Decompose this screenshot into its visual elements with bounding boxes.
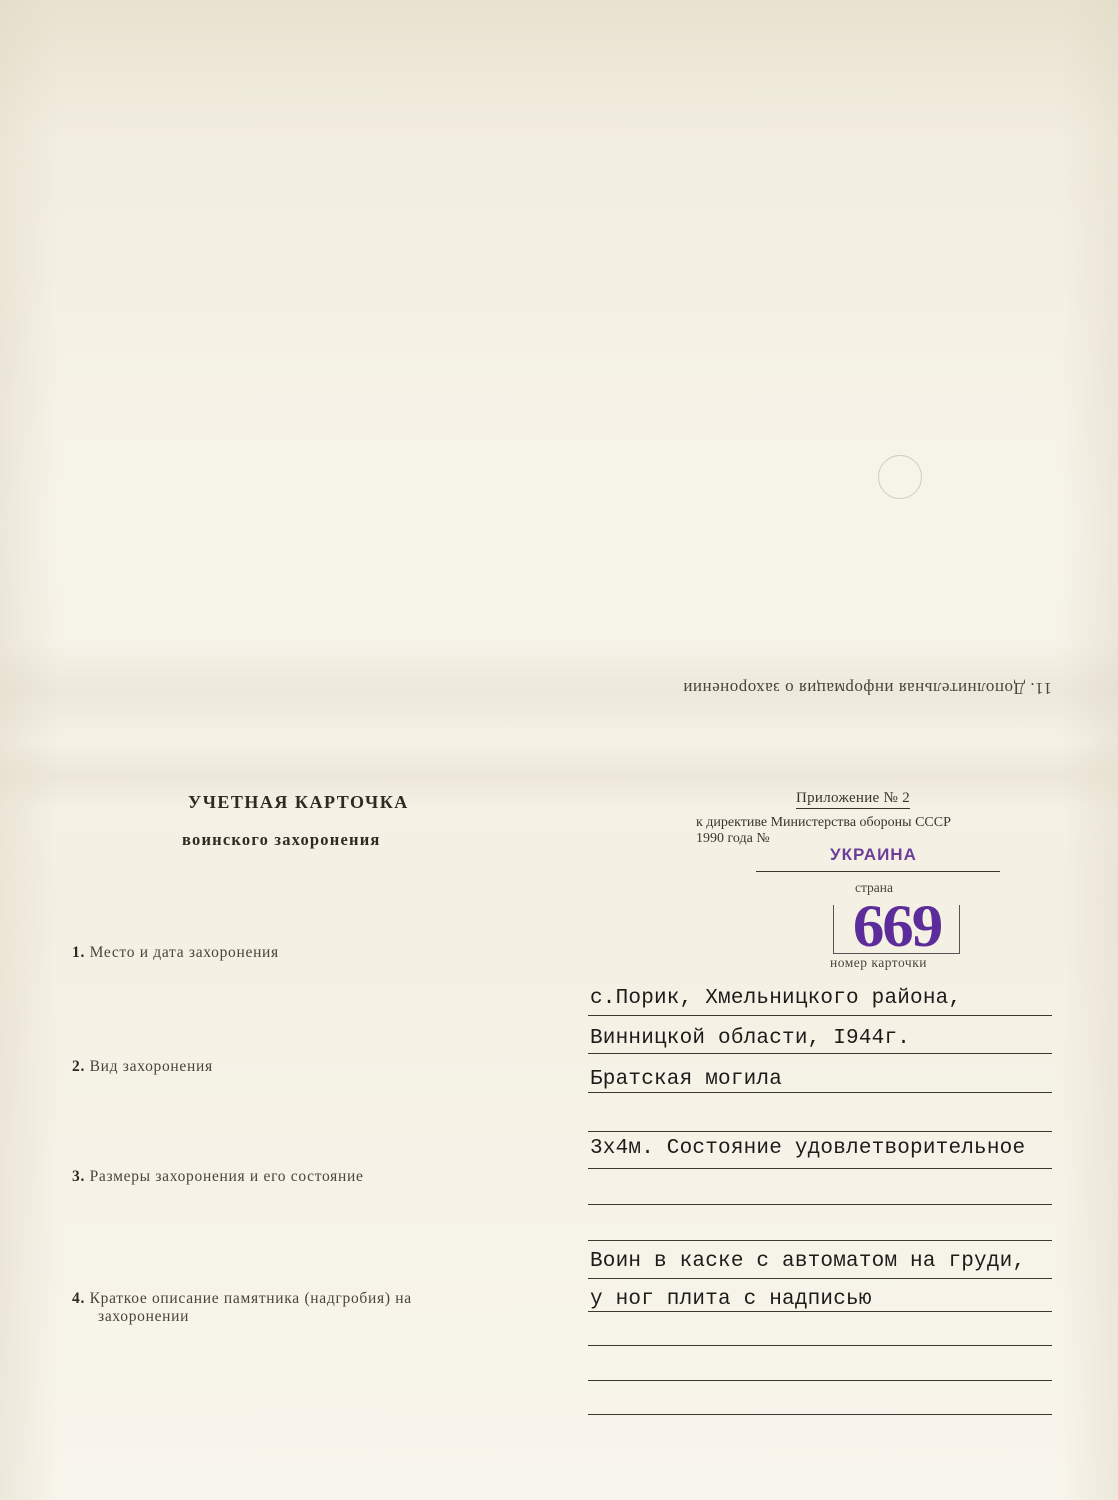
field-label-text-cont: захоронении <box>72 1308 189 1325</box>
field-rule <box>588 1380 1052 1381</box>
field-label-text: Размеры захоронения и его состояние <box>90 1168 364 1185</box>
field-rule <box>588 1053 1052 1054</box>
field-label-monument: 4. Краткое описание памятника (надгробия… <box>72 1290 412 1326</box>
field-number: 4. <box>72 1290 85 1307</box>
card-number-stamp: 669 <box>832 892 962 960</box>
appendix-label: Приложение № 2 <box>796 790 910 809</box>
reverse-side-heading: 11. Дополнительная информация о захороне… <box>592 678 1052 698</box>
field-rule <box>588 1015 1052 1016</box>
faint-stamp-mark <box>878 455 922 499</box>
directive-year-text: 1990 года № <box>696 831 770 847</box>
field-rule <box>588 1204 1052 1205</box>
field-rule <box>588 1131 1052 1132</box>
field-label-text: Краткое описание памятника (надгробия) н… <box>90 1290 412 1307</box>
country-stamp: УКРАИНА <box>830 845 917 865</box>
field-rule <box>588 1414 1052 1415</box>
country-underline <box>756 871 1000 872</box>
field-value-burial-type: Братская могила <box>590 1068 782 1091</box>
field-rule <box>588 1278 1052 1279</box>
card-title: УЧЕТНАЯ КАРТОЧКА <box>188 792 409 813</box>
field-number: 3. <box>72 1168 85 1185</box>
card-number-label: номер карточки <box>830 955 927 971</box>
field-number: 1. <box>72 944 85 961</box>
field-rule <box>588 1092 1052 1093</box>
field-label-size-condition: 3. Размеры захоронения и его состояние <box>72 1168 364 1186</box>
field-value-place-line-2: Винницкой области, I944г. <box>590 1027 910 1050</box>
field-label-place-date: 1. Место и дата захоронения <box>72 944 279 962</box>
field-label-burial-type: 2. Вид захоронения <box>72 1058 213 1076</box>
field-value-monument-line-1: Воин в каске с автоматом на груди, <box>590 1250 1025 1273</box>
field-rule <box>588 1168 1052 1169</box>
field-rule <box>588 1240 1052 1241</box>
field-value-place-line-1: с.Порик, Хмельницкого района, <box>590 987 961 1010</box>
field-rule <box>588 1345 1052 1346</box>
card-subtitle: воинского захоронения <box>182 830 381 850</box>
field-label-text: Вид захоронения <box>90 1058 213 1075</box>
field-label-text: Место и дата захоронения <box>90 944 279 961</box>
field-value-size-condition: 3х4м. Состояние удовлетворительное <box>590 1137 1025 1160</box>
field-number: 2. <box>72 1058 85 1075</box>
field-rule <box>588 1311 1052 1312</box>
field-value-monument-line-2: у ног плита с надписью <box>590 1288 872 1311</box>
directive-text: к директиве Министерства обороны СССР <box>696 815 951 831</box>
